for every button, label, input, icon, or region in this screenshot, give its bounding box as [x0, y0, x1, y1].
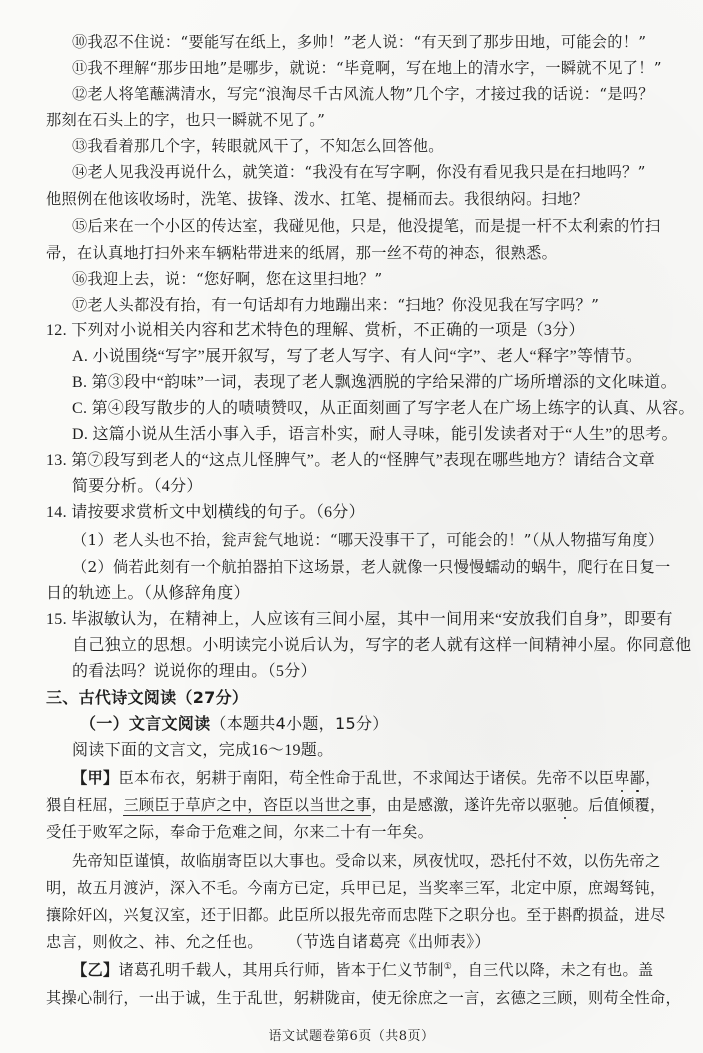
question-12-option-d: D. 这篇小说从生活小事入手，语言朴实，耐人寻味，能引发读者对于“人生”的思考。 [72, 425, 678, 445]
story-paragraph-16: ⑯我迎上去，说：“您好啊，您在这里扫地？” [72, 269, 382, 289]
question-14-sub-1: （1）老人头也不抬，瓮声瓮气地说：“哪天没事干了，可能会的！”（从人物描写角度） [72, 530, 664, 550]
question-15-line2: 自己独立的思想。小明读完小说后认为，写字的老人就有这样一间精神小屋。你同意他 [72, 636, 691, 656]
story-paragraph-11: ⑪我不理解“那步田地”是哪步，就说：“毕竟啊，写在地上的清水字，一瞬就不见了！” [72, 58, 662, 78]
footnote-marker: ① [444, 962, 452, 972]
story-paragraph-14-line2: 他照例在他该收场时，洗笔、拔锋、泼水、扛笔、提桶而去。我很纳闷。扫地？ [46, 189, 588, 209]
story-paragraph-12-line1: ⑫老人将笔蘸满清水，写完“浪淘尽千古风流人物”几个字，才接过我的话说：“是吗？ [72, 84, 654, 104]
story-paragraph-15-line2: 帚，在认真地打扫外来车辆粘带进来的纸屑，那一丝不苟的神态，很熟悉。 [46, 243, 557, 263]
question-14-sub-2-line2: 日的轨迹上。（从修辞角度） [46, 584, 250, 604]
question-12-option-a: A. 小说围绕“写字”展开叙写，写了老人写字、有人问“字”、老人“释字”等情节。 [72, 347, 642, 367]
jia-line-2-mid: ，由是感激，遂许先帝以驱 [371, 796, 557, 814]
page-footer: 语文试题卷第6页（共8页） [0, 1025, 703, 1044]
story-paragraph-14-line1: ⑭老人见我没再说什么，就笑道：“我没有在写字啊，你没有看见我只是在扫地吗？” [72, 162, 646, 182]
story-paragraph-15-line1: ⑮后来在一个小区的传达室，我碰见他，只是，他没提笔，而是提一杆不太利索的竹扫 [72, 216, 661, 236]
yi-line-1-post: ，自三代以降，未之有也。盖 [452, 961, 653, 979]
exam-page: ⑩我忍不住说：“要能写在纸上，多帅！”老人说：“有天到了那步田地，可能会的！” … [0, 0, 703, 1053]
jia-line-7: 忠言，则攸之、祎、允之任也。（节选自诸葛亮《出师表》） [46, 932, 491, 952]
emphasis-dot-char: 鄙 [630, 769, 646, 787]
yi-label: 【乙】 [72, 961, 118, 979]
question-15-line3: 的看法吗？说说你的理由。（5分） [72, 662, 317, 682]
emphasis-dot-char: 卑 [614, 769, 630, 787]
section-3-heading: 三、古代诗文阅读（27分） [46, 688, 248, 708]
story-paragraph-12-line2: 那刻在石头上的字，也只一瞬就不见了。” [46, 110, 325, 130]
question-12-stem: 12. 下列对小说相关内容和艺术特色的理解、赏析，不正确的一项是（3分） [46, 321, 585, 341]
jia-line-1-text: 臣本布衣，躬耕于南阳，苟全性命于乱世，不求闻达于诸侯。先帝不以臣 [118, 769, 614, 787]
yi-line-2: 其操心制行，一出于诚，生于乱世，躬耕陇亩，使无徐庶之一言，玄德之三顾，则苟全性命… [46, 988, 681, 1008]
jia-line-6: 攘除奸凶，兴复汉室，还于旧都。此臣所以报先帝而忠陛下之职分也。至于斟酌损益，进尽 [46, 905, 666, 925]
story-paragraph-17: ⑰老人头都没有抬，有一句话却有力地蹦出来：“扫地？你没见我在写字吗？” [72, 295, 599, 315]
jia-source: （节选自诸葛亮《出师表》） [295, 932, 491, 951]
punctuation: ， [645, 769, 661, 787]
subsection-1-title: （一）文言文阅读 [80, 714, 210, 733]
jia-line-1: 【甲】臣本布衣，躬耕于南阳，苟全性命于乱世，不求闻达于诸侯。先帝不以臣卑鄙， [72, 768, 661, 788]
jia-line-4: 先帝知臣谨慎，故临崩寄臣以大事也。受命以来，夙夜忧叹，恐托付不效，以伤先帝之 [72, 851, 661, 871]
jia-line-2-post: 。后值倾覆， [573, 796, 666, 814]
jia-label: 【甲】 [72, 769, 118, 787]
question-13-line2: 简要分析。（4分） [72, 477, 203, 497]
story-paragraph-13: ⑬我看着那几个字，转眼就风干了，不知怎么回答他。 [72, 136, 444, 156]
question-13-line1: 13. 第⑦段写到老人的“这点儿怪脾气”。老人的“怪脾气”表现在哪些地方？请结合… [46, 451, 655, 471]
jia-line-7-text: 忠言，则攸之、祎、允之任也。 [46, 933, 263, 951]
yi-line-1: 【乙】诸葛孔明千载人，其用兵行师，皆本于仁义节制①，自三代以降，未之有也。盖 [72, 960, 653, 980]
jia-line-5: 明，故五月渡泸，深入不毛。今南方已定，兵甲已足，当奖率三军，北定中原，庶竭驽钝， [46, 878, 666, 898]
emphasis-dot-char: 驰 [557, 796, 573, 814]
yi-line-1-pre: 诸葛孔明千载人，其用兵行师，皆本于仁义节制 [118, 961, 443, 979]
question-14-stem: 14. 请按要求赏析文中划横线的句子。（6分） [46, 503, 365, 523]
question-14-sub-2-line1: （2）倘若此刻有一个航拍器拍下这场景，老人就像一只慢慢蠕动的蜗牛，爬行在日复一 [72, 557, 671, 577]
question-12-option-c: C. 第④段写散步的人的啧啧赞叹，从正面刻画了写字老人在广场上练字的认真、从容。 [72, 399, 695, 419]
underlined-sentence: 三顾臣于草庐之中，咨臣以当世之事 [123, 796, 371, 816]
reading-instruction: 阅读下面的文言文，完成16～19题。 [72, 741, 333, 761]
jia-line-3: 受任于败军之际，奉命于危难之间，尔来二十有一年矣。 [46, 822, 433, 842]
question-12-option-b: B. 第③段中“韵味”一词，表现了老人飘逸洒脱的字给呆滞的广场所增添的文化味道。 [72, 373, 677, 393]
jia-line-2: 猥自枉屈，三顾臣于草庐之中，咨臣以当世之事，由是感激，遂许先帝以驱驰。后值倾覆， [46, 795, 666, 815]
subsection-1-note: （本题共4小题，15分） [210, 714, 388, 733]
subsection-1-heading: （一）文言文阅读（本题共4小题，15分） [80, 714, 389, 734]
story-paragraph-10: ⑩我忍不住说：“要能写在纸上，多帅！”老人说：“有天到了那步田地，可能会的！” [72, 32, 646, 52]
question-15-line1: 15. 毕淑敏认为，在精神上，人应该有三间小屋，其中一间用来“安放我们自身”，即… [46, 610, 673, 630]
jia-line-2-pre: 猥自枉屈， [46, 796, 123, 814]
